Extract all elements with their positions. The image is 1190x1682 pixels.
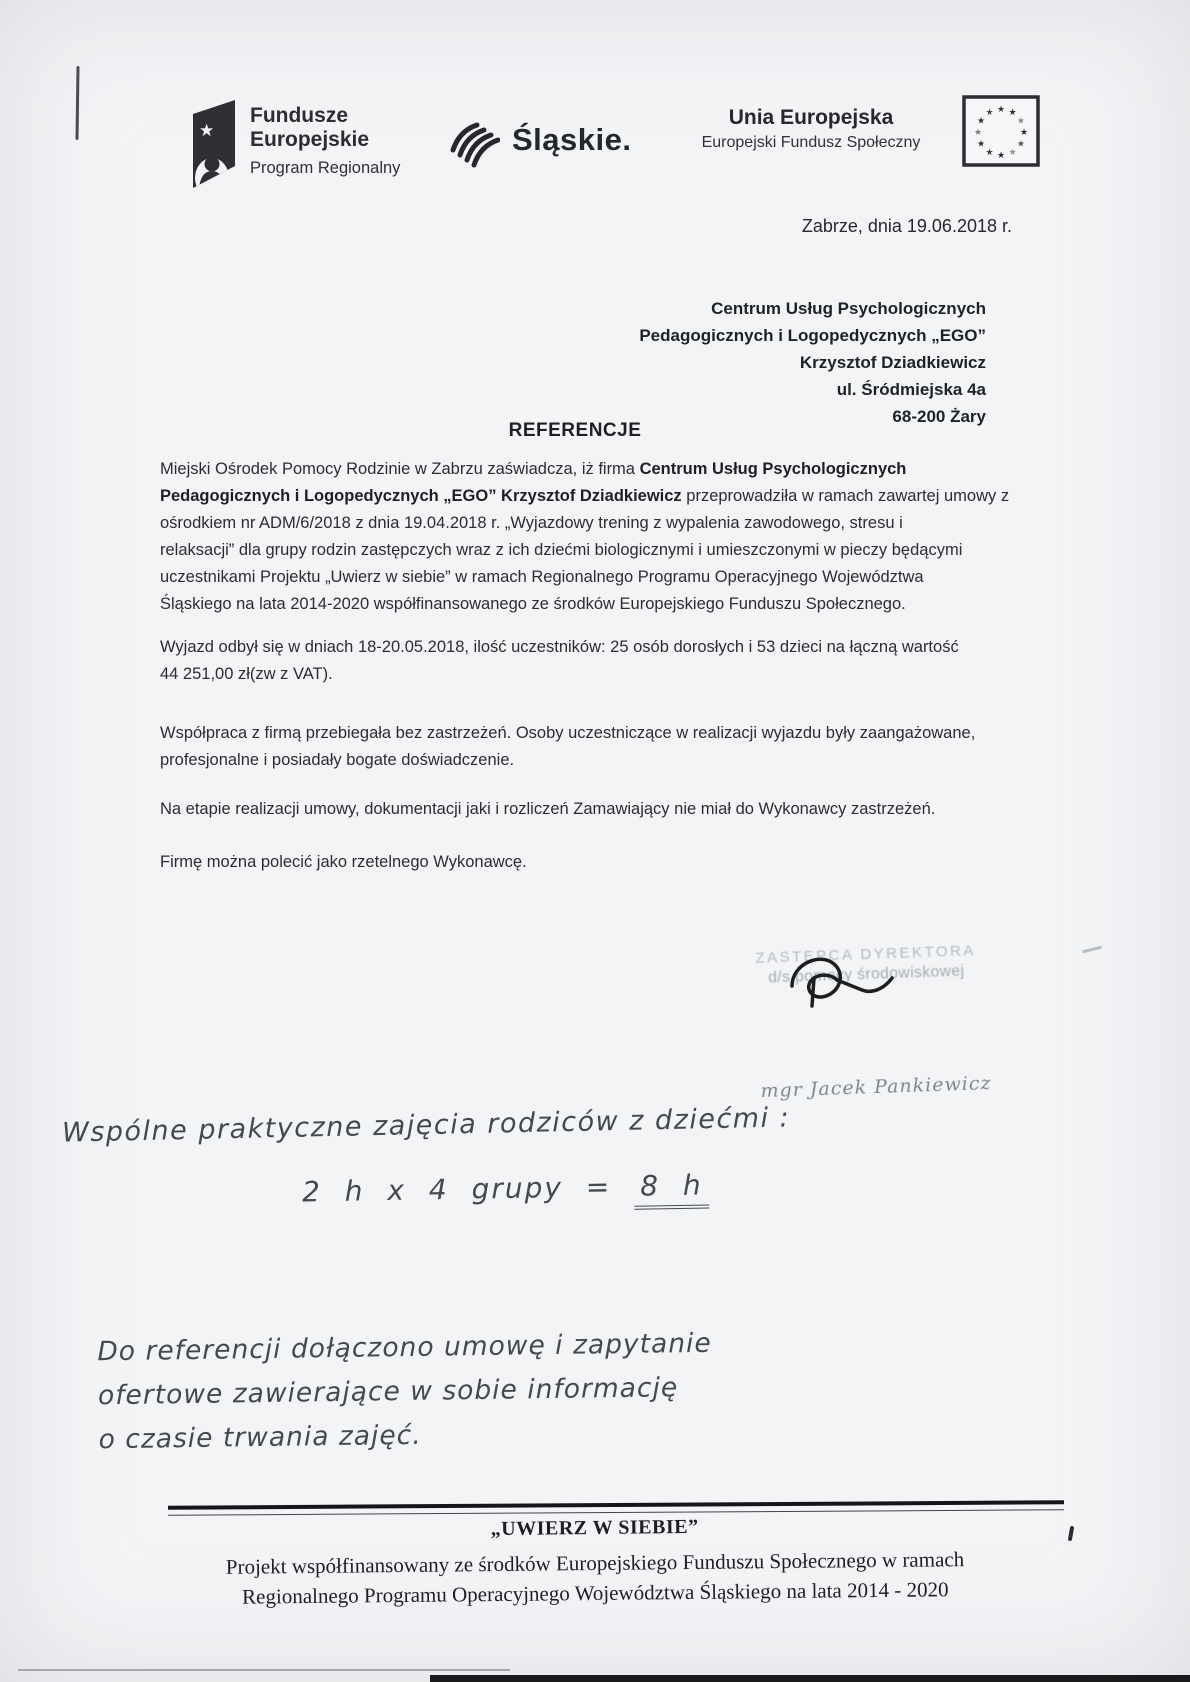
ue-logo-title: Unia Europejska [676, 106, 946, 130]
svg-text:★: ★ [1020, 128, 1028, 138]
pen-mark-artifact [75, 66, 79, 140]
fe-logo-subtitle: Program Regionalny [250, 159, 400, 178]
signer-name: mgr Jacek Pankiewicz [742, 1071, 1011, 1102]
document-title: REFERENCJE [135, 420, 1015, 442]
paragraph-1: Miejski Ośrodek Pomocy Rodzinie w Zabrzu… [160, 456, 1050, 618]
signature-scribble [762, 932, 922, 1042]
footer-block: „UWIERZ W SIEBIE” Projekt współfinansowa… [95, 1512, 1096, 1613]
svg-text:★: ★ [985, 108, 993, 118]
svg-text:★: ★ [199, 121, 214, 141]
svg-text:★: ★ [1017, 117, 1025, 127]
handwritten-note-2-line-2: ofertowe zawierające w sobie informację [98, 1366, 713, 1419]
svg-text:★: ★ [974, 128, 982, 138]
slaskie-logo-label: Śląskie. [512, 122, 631, 158]
paragraph-2: Wyjazd odbył się w dniach 18-20.05.2018,… [160, 634, 1050, 688]
svg-text:★: ★ [977, 140, 985, 150]
ue-logo-subtitle: Europejski Fundusz Społeczny [676, 134, 946, 152]
fundusze-europejskie-logo: ★ Fundusze Europejskie Program Regionaln… [188, 98, 400, 188]
paragraph-3: Współpraca z firmą przebiegała bez zastr… [160, 720, 1050, 774]
handwritten-note-2: Do referencji dołączono umowę i zapytani… [97, 1322, 713, 1463]
recipient-street: ul. Śródmiejska 4a [540, 376, 986, 403]
scan-bottom-bar-artifact [430, 1675, 1190, 1682]
hours-calculation-result: 8 h [634, 1168, 709, 1209]
paragraph-5: Firmę można polecić jako rzetelnego Wyko… [160, 849, 1050, 876]
slaskie-logo: Śląskie. [448, 112, 631, 168]
handwritten-note-1-line-1: Wspólne praktyczne zajęcia rodziców z dz… [62, 1102, 791, 1148]
scan-edge-line-artifact [18, 1669, 510, 1671]
svg-text:★: ★ [1017, 140, 1025, 150]
hours-calculation: 2 h x 4 grupy = 8 h [302, 1168, 709, 1208]
fe-flag-icon: ★ [188, 98, 236, 188]
eu-flag-icon: ★★ ★★ ★★ ★★ ★★ ★★ [962, 95, 1040, 172]
hours-calculation-expression: 2 h x 4 grupy = [302, 1170, 612, 1208]
recipient-company-line1: Centrum Usług Psychologicznych [540, 295, 986, 322]
paragraph-4: Na etapie realizacji umowy, dokumentacji… [160, 796, 1050, 823]
footer-project-name: „UWIERZ W SIEBIE” [95, 1512, 1095, 1545]
date-line: Zabrze, dnia 19.06.2018 r. [740, 216, 1012, 237]
svg-text:★: ★ [1008, 108, 1016, 118]
faint-pen-dash-artifact [1082, 946, 1102, 954]
fe-logo-title-line2: Europejskie [250, 128, 400, 152]
recipient-company-line2: Pedagogicznych i Logopedycznych „EGO” [540, 322, 986, 349]
recipient-block: Centrum Usług Psychologicznych Pedagogic… [540, 295, 986, 430]
svg-text:★: ★ [997, 151, 1005, 161]
recipient-person: Krzysztof Dziadkiewicz [540, 349, 986, 376]
handwritten-note-2-line-3: o czasie trwania zajęć. [98, 1410, 713, 1463]
svg-text:★: ★ [985, 148, 993, 158]
svg-text:★: ★ [977, 117, 985, 127]
fe-logo-title-line1: Fundusze [250, 104, 400, 128]
svg-text:★: ★ [997, 105, 1005, 115]
reference-body: Miejski Ośrodek Pomocy Rodzinie w Zabrzu… [160, 456, 1050, 876]
svg-text:★: ★ [1008, 148, 1016, 158]
slaskie-waves-icon [448, 112, 500, 168]
unia-europejska-logo: Unia Europejska Europejski Fundusz Społe… [676, 106, 946, 152]
scanned-reference-letter: ★ Fundusze Europejskie Program Regionaln… [0, 0, 1190, 1682]
